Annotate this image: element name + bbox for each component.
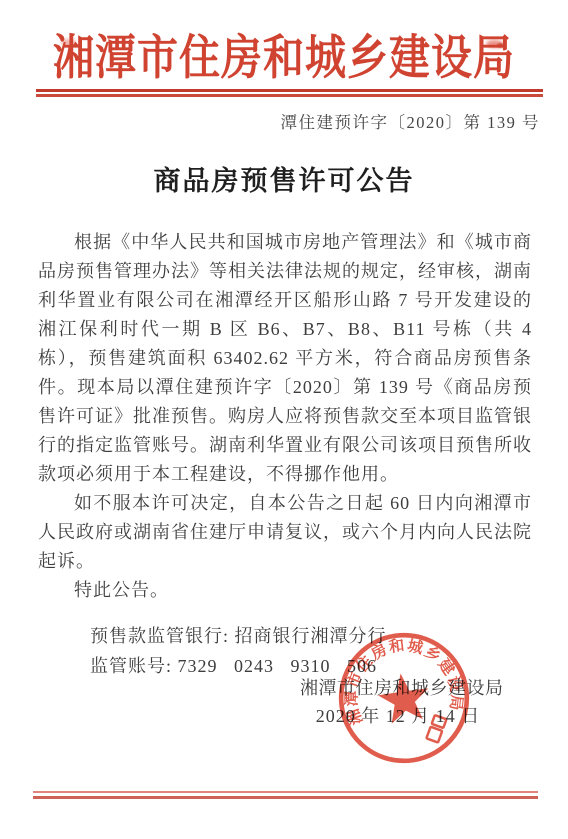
document-number: 潭住建预许字〔2020〕第 139 号 — [0, 109, 540, 133]
announcement-title: 商品房预售许可公告 — [0, 159, 568, 198]
body-paragraph-1: 根据《中华人民共和国城市房地产管理法》和《城市商品房预售管理办法》等相关法律法规… — [38, 228, 532, 489]
footer-divider — [33, 791, 538, 799]
seal-code-glyph-icon — [426, 715, 446, 742]
footer-divider-bottom-line — [33, 796, 538, 799]
header-divider — [36, 89, 543, 97]
body-paragraph-2: 如不服本许可决定，自本公告之日起 60 日内向湘潭市人民政府或湖南省住建厅申请复… — [38, 489, 532, 576]
official-seal: 湘潭市住房和城乡建设局 — [327, 621, 481, 775]
announcement-body: 根据《中华人民共和国城市房地产管理法》和《城市商品房预售管理办法》等相关法律法规… — [38, 228, 532, 605]
header-divider-bottom-line — [36, 94, 543, 97]
document-page: 湘潭市住房和城乡建设局 潭住建预许字〔2020〕第 139 号 商品房预售许可公… — [0, 0, 568, 839]
seal-star-icon — [375, 670, 432, 725]
body-paragraph-3: 特此公告。 — [38, 576, 532, 605]
escrow-bank-line: 预售款监管银行: 招商银行湘潭分行 — [90, 621, 532, 651]
agency-header-title: 湘潭市住房和城乡建设局 — [0, 30, 568, 87]
